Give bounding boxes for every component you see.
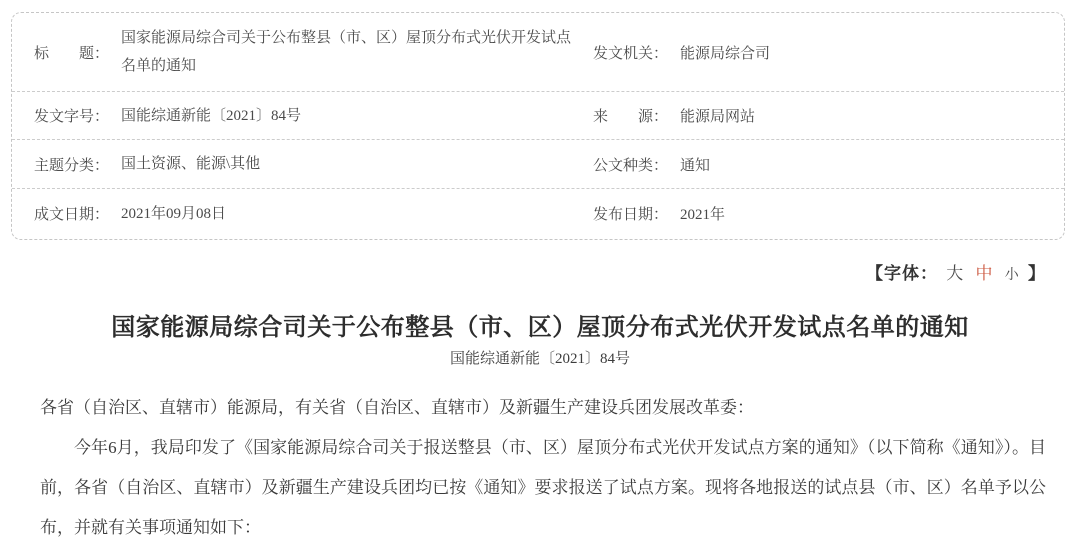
document-metadata-table: 标 题： 国家能源局综合司关于公布整县（市、区）屋顶分布式光伏开发试点名单的通知… bbox=[11, 12, 1065, 240]
table-row: 标 题： 国家能源局综合司关于公布整县（市、区）屋顶分布式光伏开发试点名单的通知… bbox=[12, 13, 1064, 92]
document-number: 国能综通新能〔2021〕84号 bbox=[0, 347, 1080, 368]
subject-category-value: 国土资源、能源\其他 bbox=[121, 150, 593, 178]
source-label: 来 源： bbox=[593, 105, 673, 126]
font-size-selector-prefix: 【字体： bbox=[866, 264, 938, 283]
table-row: 发文字号： 国能综通新能〔2021〕84号 来 源： 能源局网站 bbox=[12, 92, 1064, 140]
font-size-small-button[interactable]: 小 bbox=[1005, 268, 1020, 283]
written-date-value: 2021年09月08日 bbox=[121, 200, 593, 228]
source-value: 能源局网站 bbox=[680, 105, 1050, 126]
title-field-label: 标 题： bbox=[34, 42, 114, 63]
font-size-large-button[interactable]: 大 bbox=[946, 264, 964, 283]
font-size-selector: 【字体： 大 中 小 】 bbox=[866, 259, 1046, 284]
title-field-value: 国家能源局综合司关于公布整县（市、区）屋顶分布式光伏开发试点名单的通知 bbox=[121, 24, 593, 80]
publish-date-value: 2021年 bbox=[680, 203, 1050, 224]
salutation-line: 各省（自治区、直辖市）能源局，有关省（自治区、直辖市）及新疆生产建设兵团发展改革… bbox=[40, 388, 1046, 428]
document-body: 各省（自治区、直辖市）能源局，有关省（自治区、直辖市）及新疆生产建设兵团发展改革… bbox=[40, 388, 1046, 543]
document-type-label: 公文种类： bbox=[593, 154, 673, 175]
document-type-value: 通知 bbox=[680, 154, 1050, 175]
issuing-agency-label: 发文机关： bbox=[593, 42, 673, 63]
font-size-selector-suffix: 】 bbox=[1028, 264, 1046, 283]
table-row: 成文日期： 2021年09月08日 发布日期： 2021年 bbox=[12, 189, 1064, 238]
font-size-medium-button[interactable]: 中 bbox=[976, 264, 994, 283]
publish-date-label: 发布日期： bbox=[593, 203, 673, 224]
subject-category-label: 主题分类： bbox=[34, 154, 114, 175]
table-row: 主题分类： 国土资源、能源\其他 公文种类： 通知 bbox=[12, 140, 1064, 189]
written-date-label: 成文日期： bbox=[34, 203, 114, 224]
doc-number-field-label: 发文字号： bbox=[34, 105, 114, 126]
body-paragraph: 今年6月，我局印发了《国家能源局综合司关于报送整县（市、区）屋顶分布式光伏开发试… bbox=[40, 428, 1046, 543]
issuing-agency-value: 能源局综合司 bbox=[680, 42, 1050, 63]
doc-number-field-value: 国能综通新能〔2021〕84号 bbox=[121, 102, 593, 130]
page-title: 国家能源局综合司关于公布整县（市、区）屋顶分布式光伏开发试点名单的通知 bbox=[0, 307, 1080, 342]
